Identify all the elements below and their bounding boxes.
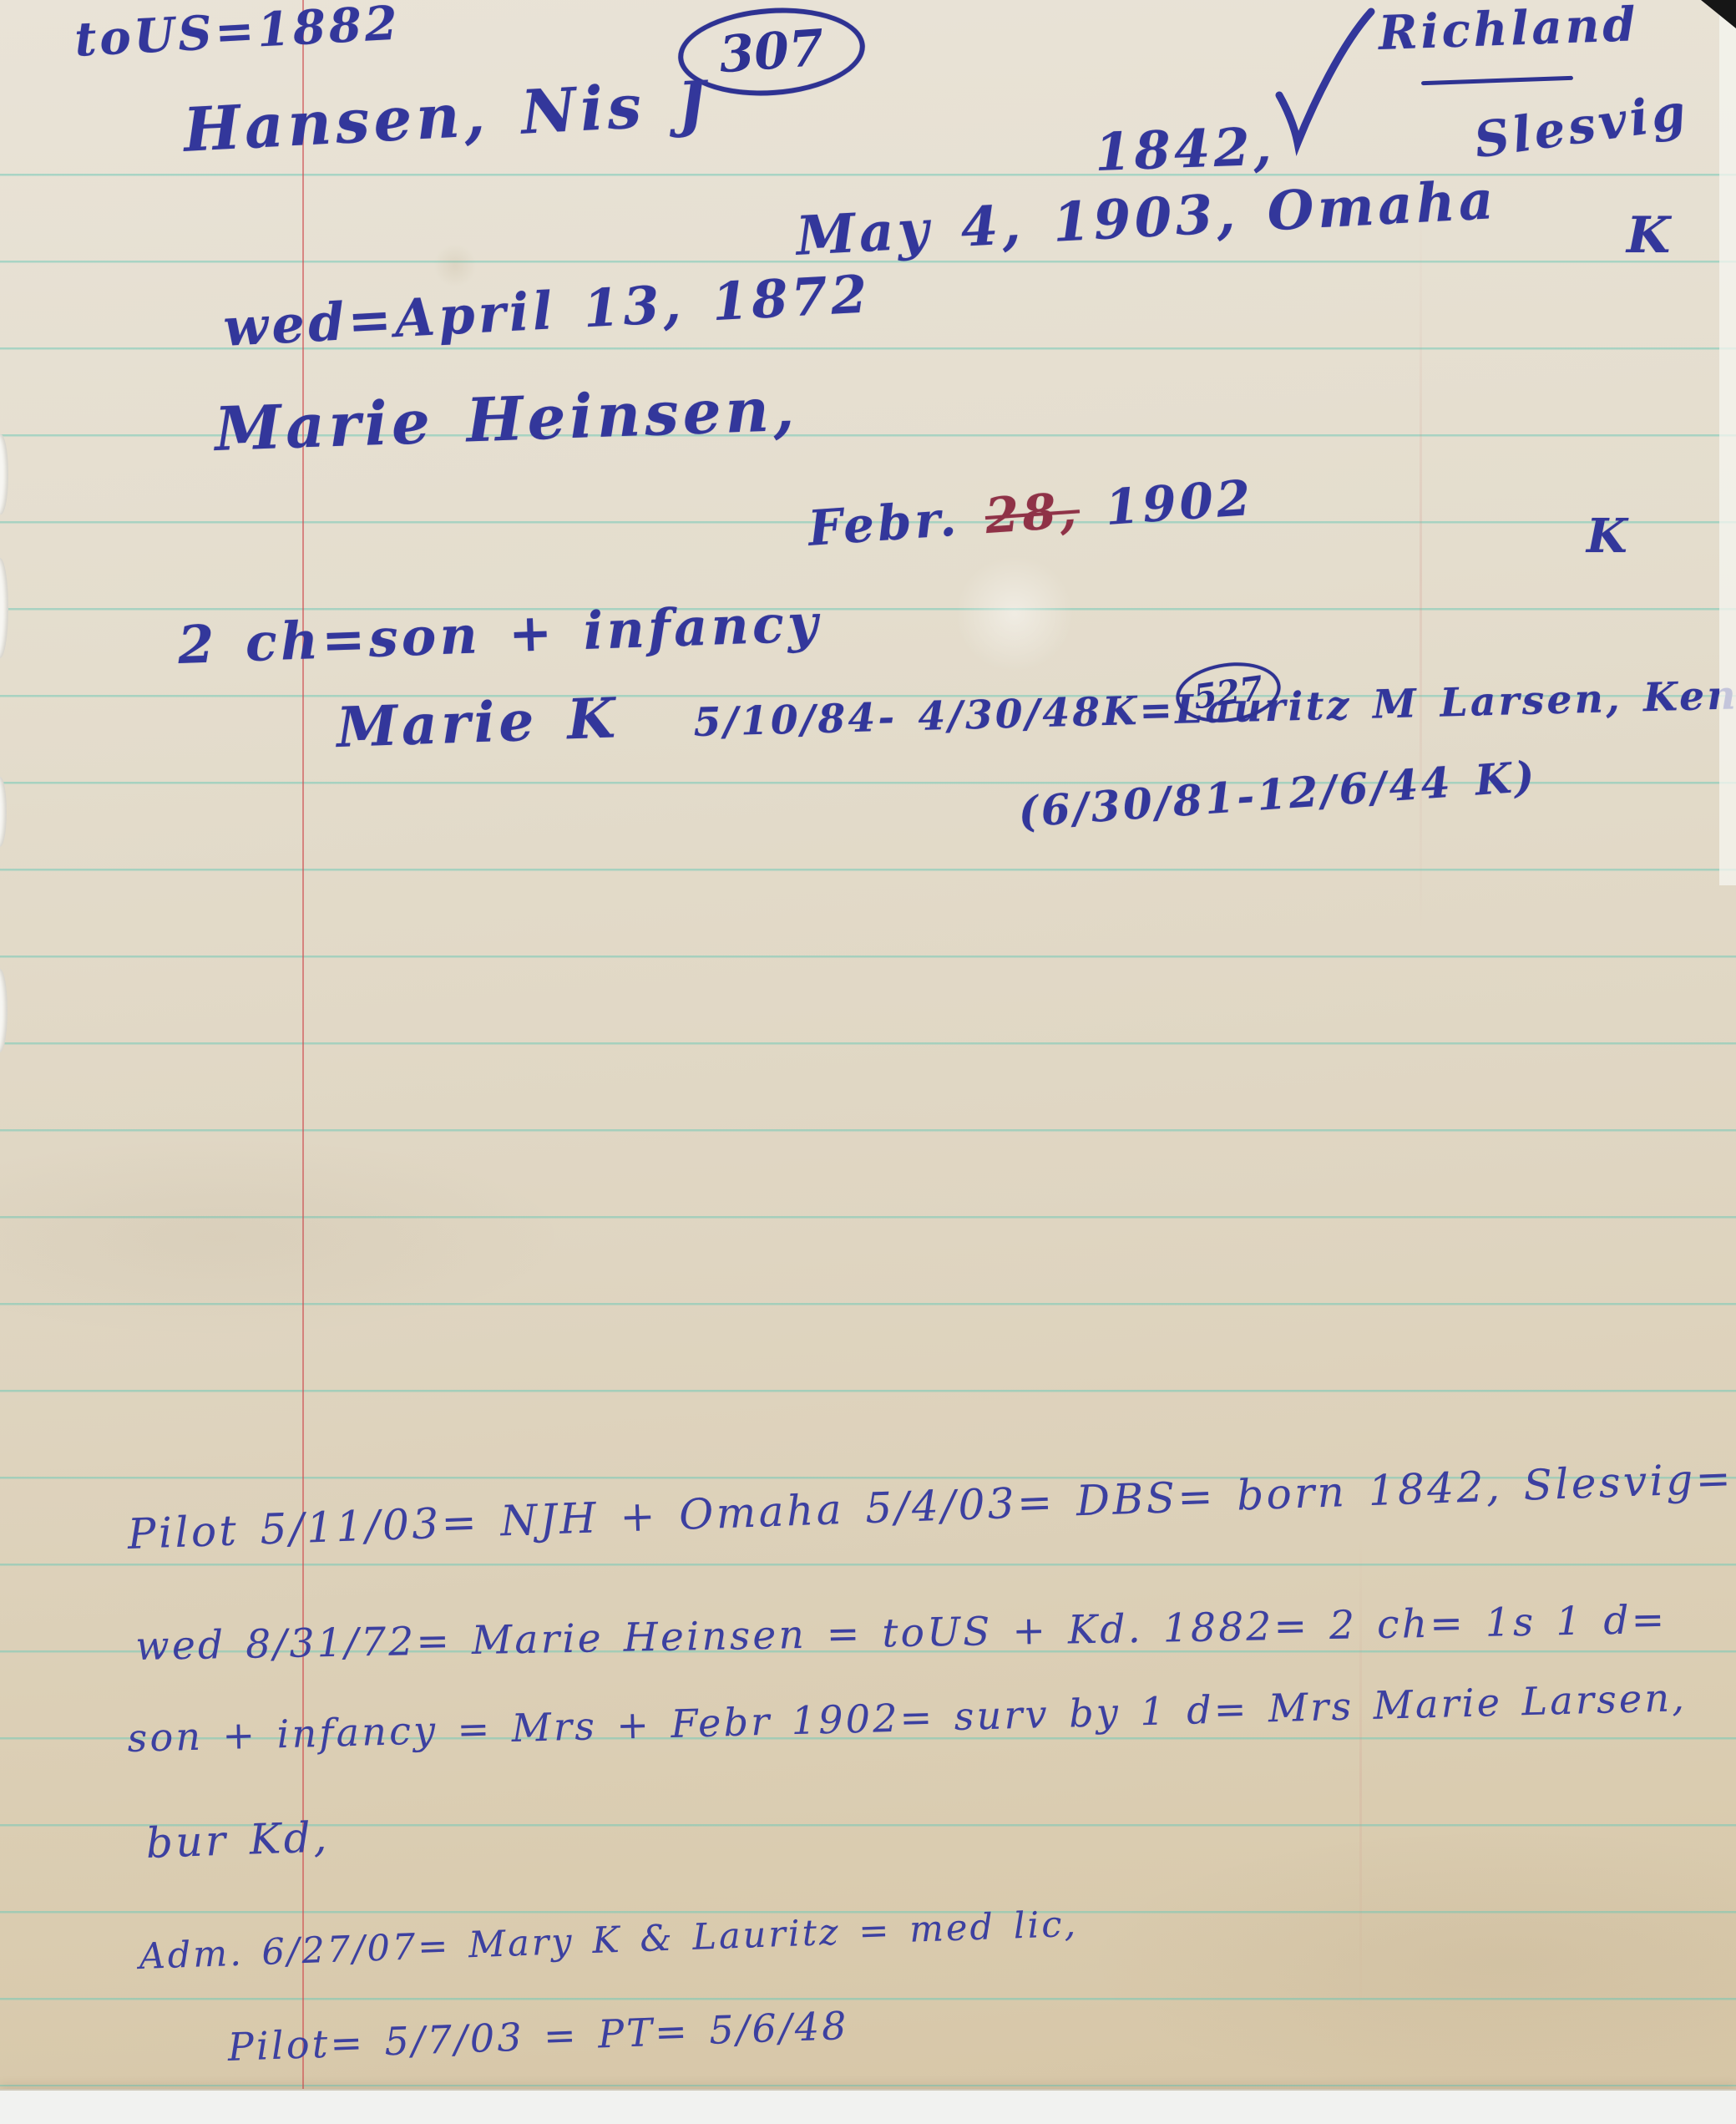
page-right-edge [1719,0,1736,885]
torn-edge-nick [0,777,7,847]
spouse-death-month: Febr. [807,489,962,556]
checkmark-ink-icon [1269,7,1379,162]
notes-line-1: Pilot 5/11/03= NJH + Omaha 5/4/03= DBS= … [127,1457,1734,1555]
daughter-name: Marie K [336,690,620,755]
emigration-note: toUS=1882 [73,0,402,63]
notes-line-6: Pilot= 5/7/03 = PT= 5/6/48 [227,2006,849,2066]
marriage-date-line: wed=April 13, 1872 [222,268,872,354]
birth-place: Slesvig [1471,87,1692,165]
torn-edge-nick [0,969,8,1052]
name-heading: Hansen, Nis J [182,73,711,160]
torn-edge-nick [0,558,8,658]
spouse-death-year: 1902 [1104,469,1256,536]
birth-year: 1842, [1094,120,1276,178]
spouse-death-day-struck: 28, [984,481,1082,545]
notes-line-5: Adm. 6/27/07= Mary K & Lauritz = med lic… [139,1907,1079,1975]
county-underline [1421,76,1573,85]
death-cemetery-mark: K [1627,210,1673,261]
notes-line-4: bur Kd, [145,1816,330,1864]
county-name: Richland [1378,1,1639,57]
paper-crease [1420,209,1422,944]
torn-edge-nick [0,434,8,515]
corner-shadow-wedge [1701,0,1736,28]
notes-line-3: son + infancy = Mrs + Febr 1902= surv by… [127,1678,1688,1757]
spouse-death-line: Febr. 28, 1902 [807,474,1255,553]
spouse-cemetery-mark: K [1587,513,1631,560]
ledger-page: toUS=1882 307 Richland Hansen, Nis J 184… [0,0,1736,2124]
cross-ref-number: 527 [1191,668,1265,717]
page-bottom-edge [0,2089,1736,2124]
notes-line-2: wed 8/31/72= Marie Heinsen = toUS + Kd. … [135,1600,1668,1666]
spouse-name: Marie Heinsen, [214,379,799,459]
children-line: 2 ch=son + infancy [177,597,822,672]
death-date-place: May 4, 1903, Omaha [795,174,1498,264]
son-in-law-dates: (6/30/81-12/6/44 K) [1017,756,1538,834]
page-number: 307 [717,19,826,85]
